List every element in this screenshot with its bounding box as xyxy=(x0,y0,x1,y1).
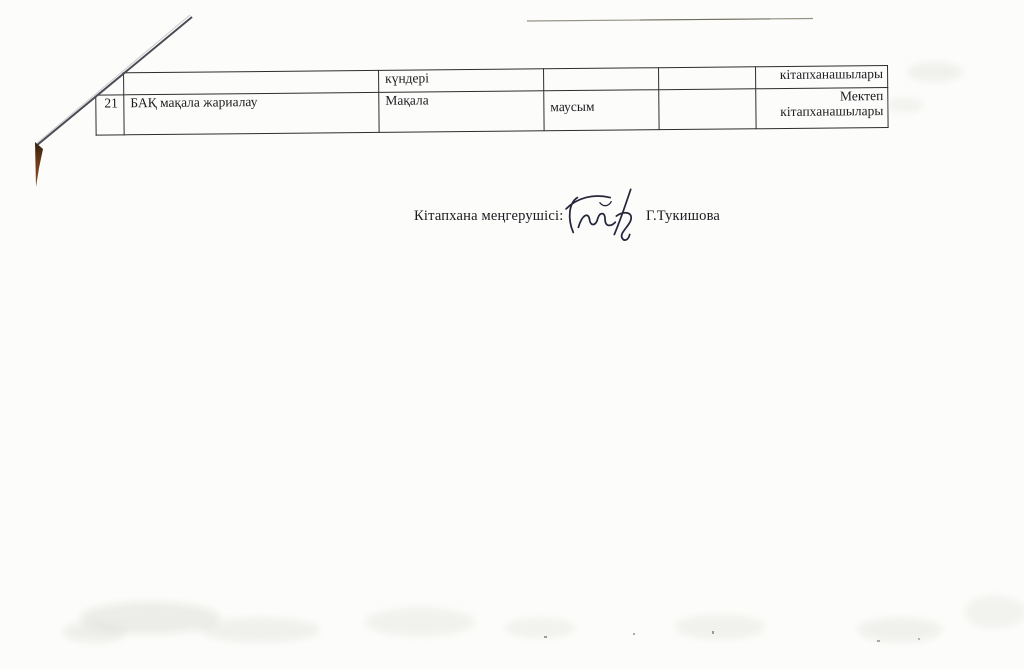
table-cell xyxy=(124,70,379,94)
scan-noise-specks xyxy=(544,631,920,642)
table-cell xyxy=(659,67,756,90)
table-cell xyxy=(544,68,659,91)
table-cell: БАҚ мақала жариалау xyxy=(124,92,379,134)
table-cell-row-number: 21 xyxy=(96,95,124,135)
signature-label: Кітапхана меңгерушісі: xyxy=(414,208,564,225)
signature-stroke xyxy=(614,189,630,234)
page-corner-sliver xyxy=(35,142,43,187)
table-cell: маусым xyxy=(544,90,659,131)
scan-noise xyxy=(63,63,1024,642)
table-cell: күндері xyxy=(379,69,544,93)
table-cell xyxy=(96,73,124,95)
signature-stroke xyxy=(566,196,610,209)
table-cell: Мектеп кітапханашылары xyxy=(756,87,888,128)
table-cell: кітапханашылары xyxy=(756,65,888,88)
signature-stroke xyxy=(616,213,631,240)
plan-table: күндері кітапханашылары 21 БАҚ мақала жа… xyxy=(95,65,888,136)
page-top-edge-line-dark xyxy=(640,19,770,20)
signature-name: Г.Тукишова xyxy=(646,208,720,225)
signature-stroke xyxy=(578,214,615,228)
signature-stroke xyxy=(600,202,611,206)
table-row: 21 БАҚ мақала жариалау Мақала маусым Мек… xyxy=(96,87,888,135)
signature-handwriting xyxy=(563,185,643,243)
scanned-document-page: күндері кітапханашылары 21 БАҚ мақала жа… xyxy=(0,0,1024,670)
page-top-edge-line xyxy=(527,19,813,22)
table-cell xyxy=(659,89,756,130)
table-cell: Мақала xyxy=(379,91,544,133)
